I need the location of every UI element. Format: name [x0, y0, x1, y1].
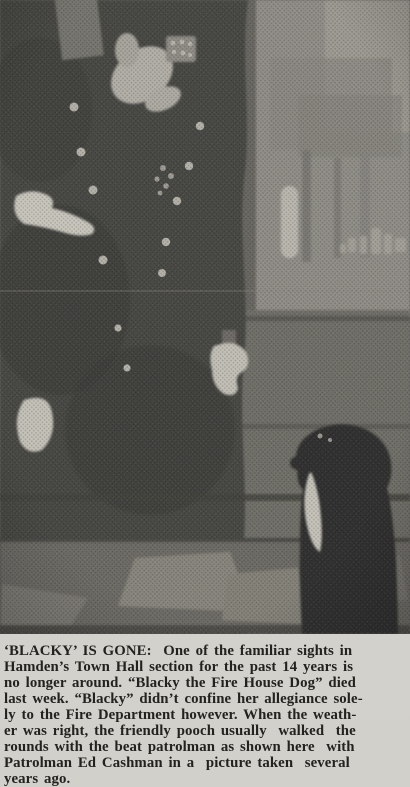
photo-illustration — [0, 0, 410, 634]
caption-line: years ago. — [4, 771, 406, 787]
caption-line: last week. “Blacky” didn’t confine her a… — [4, 691, 406, 707]
caption-line: Patrolman Ed Cashman in a picture taken … — [4, 755, 406, 771]
photo-caption: ‘BLACKY’ IS GONE: One of the familiar si… — [0, 634, 410, 787]
halftone-overlay — [0, 0, 410, 634]
caption-line: no longer around. “Blacky the Fire House… — [4, 675, 406, 691]
caption-line: Hamden’s Town Hall section for the past … — [4, 659, 406, 675]
caption-line: ly to the Fire Department however. When … — [4, 707, 406, 723]
newspaper-clipping: ‘BLACKY’ IS GONE: One of the familiar si… — [0, 0, 410, 787]
caption-line: er was right, the friendly pooch usually… — [4, 723, 406, 739]
halftone-photo — [0, 0, 410, 634]
caption-line: ‘BLACKY’ IS GONE: One of the familiar si… — [4, 643, 406, 659]
caption-line: rounds with the beat patrolman as shown … — [4, 739, 406, 755]
